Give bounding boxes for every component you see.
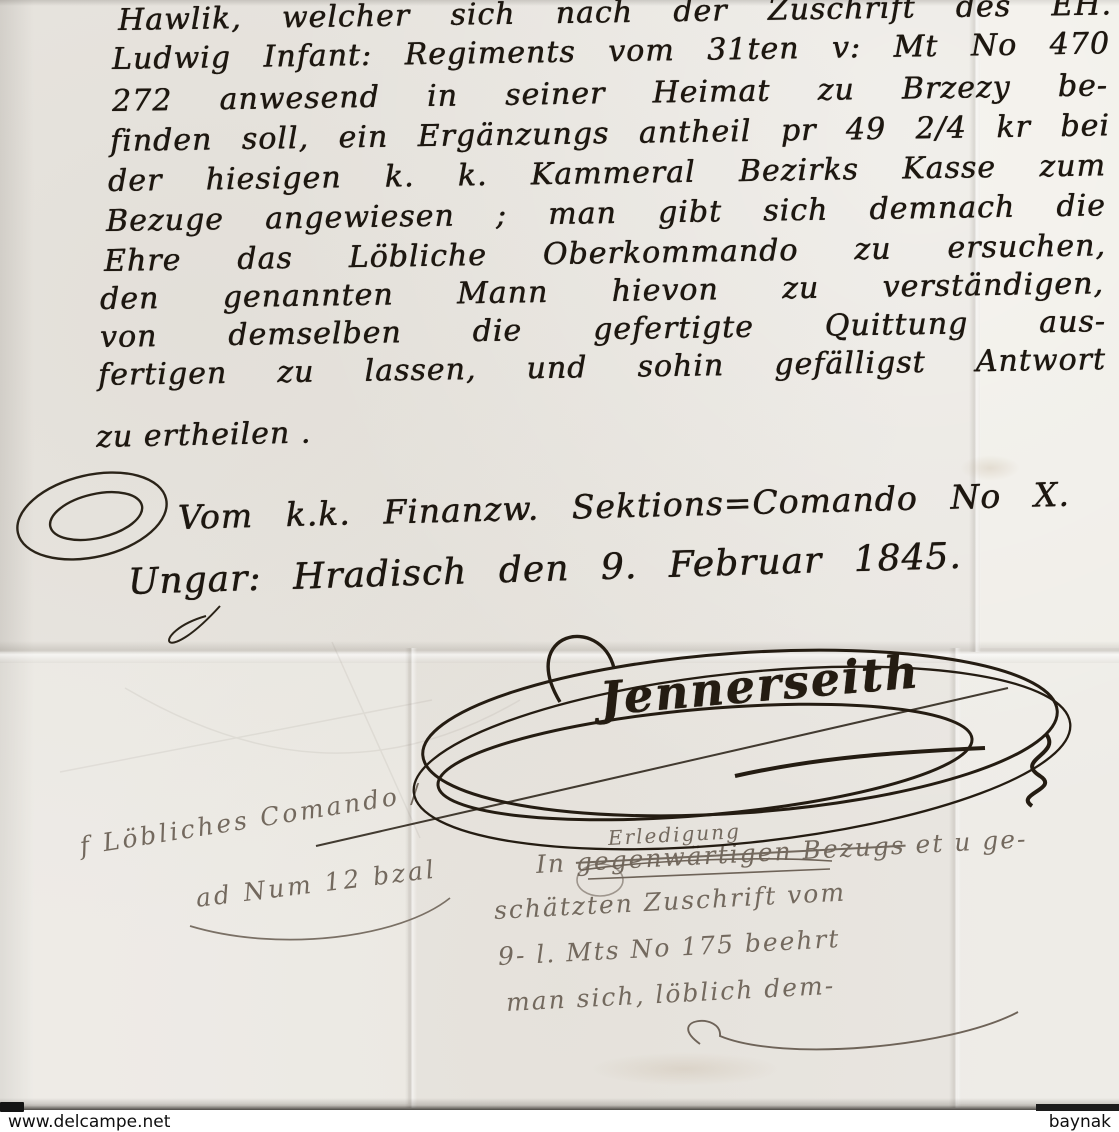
paper-bottom-edge-shadow xyxy=(0,1098,1119,1110)
fold-crease-vertical-bottom-right xyxy=(949,648,961,1108)
scan-edge-mark-right xyxy=(1036,1104,1119,1111)
footer-left-watermark: www.delcampe.net xyxy=(8,1112,170,1132)
note-right-line-2: schätzten Zuschrift vom xyxy=(493,878,846,925)
scan-edge-mark-left xyxy=(0,1102,24,1112)
footer-right-watermark: baynak xyxy=(1049,1112,1111,1132)
note-right-line-1-pre: In xyxy=(535,848,576,879)
paper-panel-bottom-right xyxy=(958,652,1119,1104)
note-right-line-3: 9- l. Mts No 175 beehrt xyxy=(497,924,841,971)
body-line-11: zu ertheilen . xyxy=(96,415,312,454)
paper-stain xyxy=(590,1052,780,1086)
dateline-descender-loop xyxy=(169,606,220,643)
dateline-line-1: Vom k.k. Finanzw. Sektions=Comando No X. xyxy=(177,475,1070,537)
dateline-line-2: Ungar: Hradisch den 9. Februar 1845. xyxy=(127,536,962,603)
letter-scan-page: Hawlik, welcher sich nach der Zuschrift … xyxy=(0,0,1119,1132)
note-right-line-4: man sich, löblich dem- xyxy=(505,971,836,1017)
